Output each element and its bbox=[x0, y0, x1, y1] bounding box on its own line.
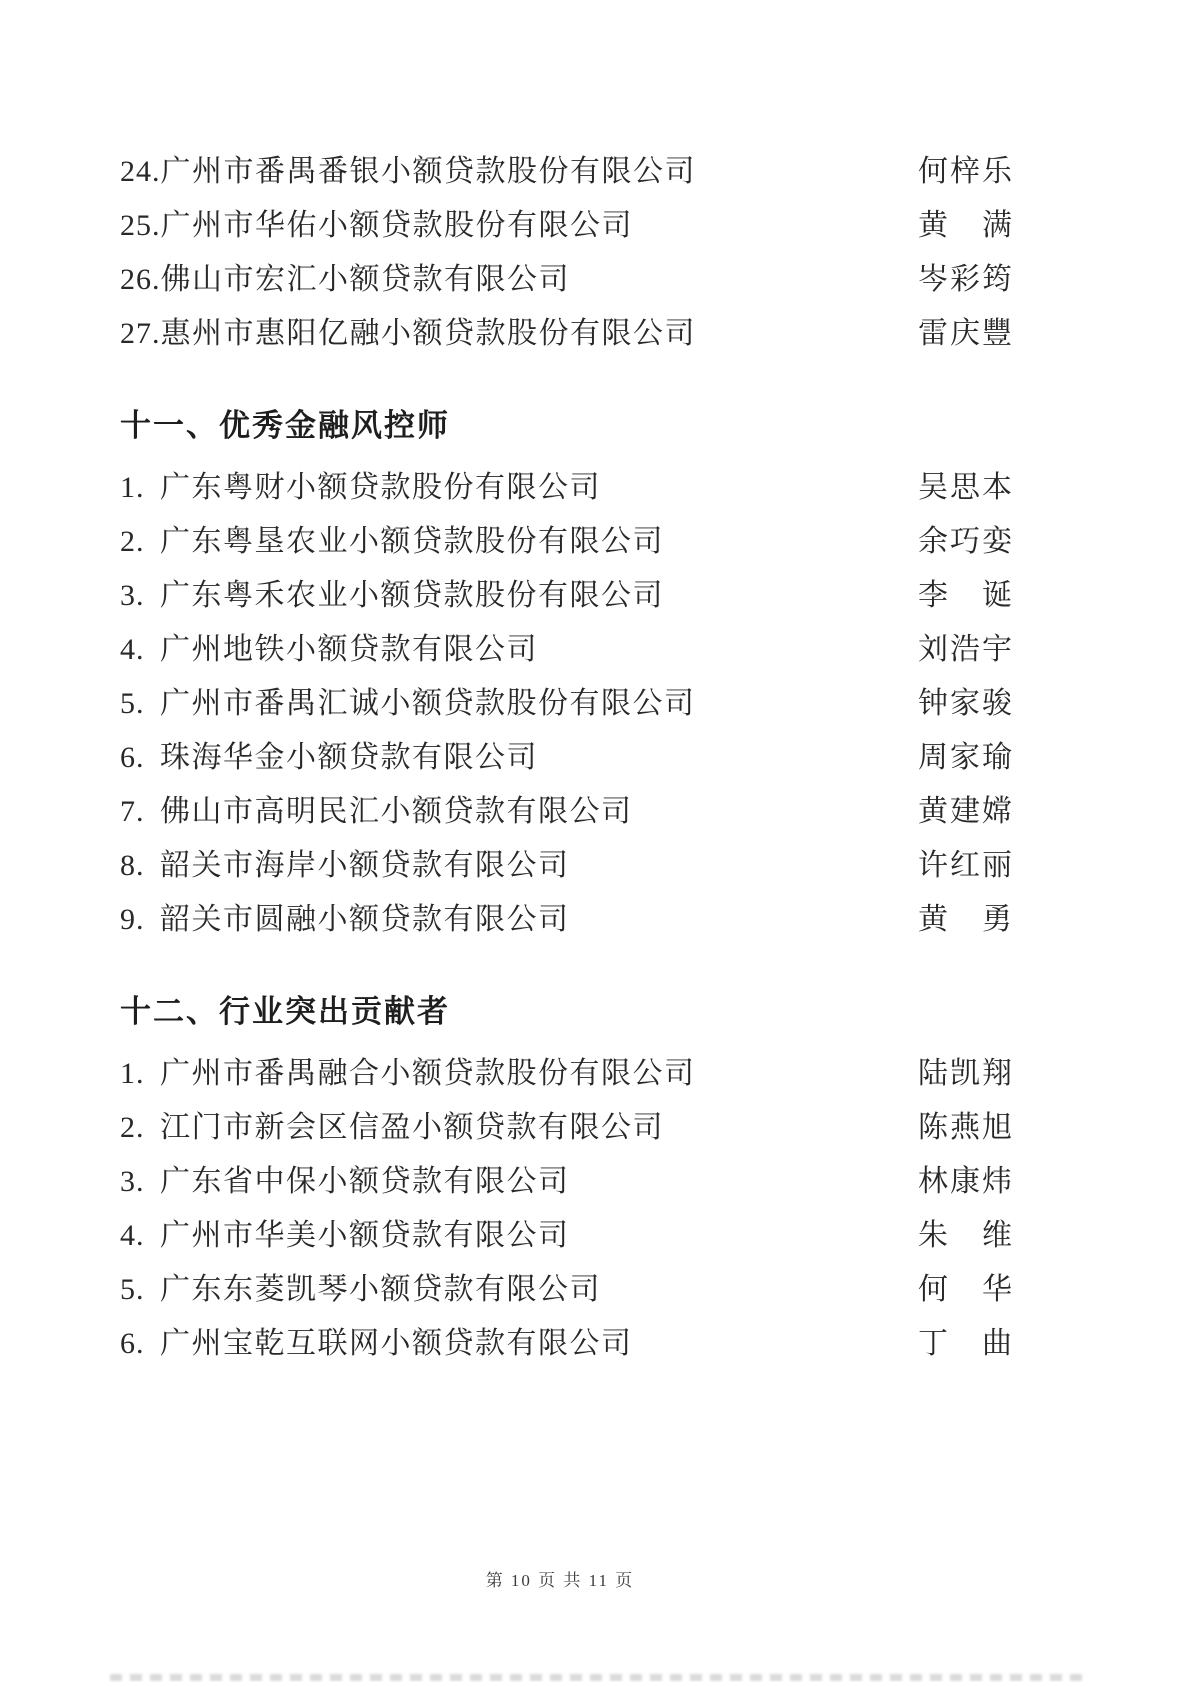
company-name: 广州市番禺融合小额贷款股份有限公司 bbox=[160, 1047, 918, 1101]
list-item: 6.珠海华金小额贷款有限公司周家瑜 bbox=[0, 731, 1190, 785]
company-name: 韶关市海岸小额贷款有限公司 bbox=[160, 839, 918, 893]
list-item: 4.广州地铁小额贷款有限公司刘浩宇 bbox=[0, 623, 1190, 677]
list-item: 6.广州宝乾互联网小额贷款有限公司丁 曲 bbox=[0, 1317, 1190, 1371]
item-number: 3. bbox=[120, 1155, 160, 1209]
company-name: 广州市华美小额贷款有限公司 bbox=[160, 1209, 918, 1263]
person-name: 钟家骏 bbox=[918, 677, 1020, 731]
company-name: 惠州市惠阳亿融小额贷款股份有限公司 bbox=[161, 307, 919, 361]
company-name: 广州地铁小额贷款有限公司 bbox=[160, 623, 918, 677]
list-item: 25.广州市华佑小额贷款股份有限公司黄 满 bbox=[0, 199, 1190, 253]
person-name: 陆凯翔 bbox=[918, 1047, 1020, 1101]
list-item: 3.广东省中保小额贷款有限公司林康炜 bbox=[0, 1155, 1190, 1209]
person-name: 黄建嫦 bbox=[918, 785, 1020, 839]
company-name: 广州市华佑小额贷款股份有限公司 bbox=[161, 199, 919, 253]
company-name: 广州宝乾互联网小额贷款有限公司 bbox=[160, 1317, 918, 1371]
item-number: 3. bbox=[120, 569, 160, 623]
section-heading: 十二、行业突出贡献者 bbox=[0, 985, 1190, 1039]
list-item: 7.佛山市高明民汇小额贷款有限公司黄建嫦 bbox=[0, 785, 1190, 839]
company-name: 广东粤财小额贷款股份有限公司 bbox=[160, 461, 918, 515]
item-number: 5. bbox=[120, 1263, 160, 1317]
item-number: 24. bbox=[120, 145, 161, 199]
document-page: 24.广州市番禺番银小额贷款股份有限公司何梓乐25.广州市华佑小额贷款股份有限公… bbox=[0, 0, 1190, 1682]
list-item: 8.韶关市海岸小额贷款有限公司许红丽 bbox=[0, 839, 1190, 893]
person-name: 黄 满 bbox=[918, 199, 1020, 253]
person-name: 刘浩宇 bbox=[918, 623, 1020, 677]
company-name: 广东东菱凯琴小额贷款有限公司 bbox=[160, 1263, 918, 1317]
person-name: 余巧娈 bbox=[918, 515, 1020, 569]
person-name: 雷庆豐 bbox=[918, 307, 1020, 361]
item-number: 1. bbox=[120, 1047, 160, 1101]
list-item: 9.韶关市圆融小额贷款有限公司黄 勇 bbox=[0, 893, 1190, 947]
person-name: 许红丽 bbox=[918, 839, 1020, 893]
item-number: 2. bbox=[120, 515, 160, 569]
list-item: 2.广东粤垦农业小额贷款股份有限公司余巧娈 bbox=[0, 515, 1190, 569]
company-name: 佛山市宏汇小额贷款有限公司 bbox=[161, 253, 919, 307]
item-number: 25. bbox=[120, 199, 161, 253]
person-name: 周家瑜 bbox=[918, 731, 1020, 785]
person-name: 林康炜 bbox=[918, 1155, 1020, 1209]
list-item: 26.佛山市宏汇小额贷款有限公司岑彩筠 bbox=[0, 253, 1190, 307]
company-name: 广州市番禺番银小额贷款股份有限公司 bbox=[161, 145, 919, 199]
page-bleed-through bbox=[110, 1674, 1085, 1681]
person-name: 李 诞 bbox=[918, 569, 1020, 623]
item-number: 8. bbox=[120, 839, 160, 893]
company-name: 珠海华金小额贷款有限公司 bbox=[160, 731, 918, 785]
item-number: 6. bbox=[120, 731, 160, 785]
item-number: 27. bbox=[120, 307, 161, 361]
item-number: 4. bbox=[120, 623, 160, 677]
company-name: 佛山市高明民汇小额贷款有限公司 bbox=[160, 785, 918, 839]
item-number: 1. bbox=[120, 461, 160, 515]
person-name: 岑彩筠 bbox=[918, 253, 1020, 307]
item-number: 6. bbox=[120, 1317, 160, 1371]
award-list-content: 24.广州市番禺番银小额贷款股份有限公司何梓乐25.广州市华佑小额贷款股份有限公… bbox=[0, 145, 1190, 1371]
person-name: 朱 维 bbox=[918, 1209, 1020, 1263]
list-item: 27.惠州市惠阳亿融小额贷款股份有限公司雷庆豐 bbox=[0, 307, 1190, 361]
person-name: 何梓乐 bbox=[918, 145, 1020, 199]
item-number: 5. bbox=[120, 677, 160, 731]
person-name: 何 华 bbox=[918, 1263, 1020, 1317]
item-number: 2. bbox=[120, 1101, 160, 1155]
person-name: 丁 曲 bbox=[918, 1317, 1020, 1371]
list-item: 1.广州市番禺融合小额贷款股份有限公司陆凯翔 bbox=[0, 1047, 1190, 1101]
person-name: 吴思本 bbox=[918, 461, 1020, 515]
person-name: 黄 勇 bbox=[918, 893, 1020, 947]
company-name: 广东粤禾农业小额贷款股份有限公司 bbox=[160, 569, 918, 623]
page-number: 第 10 页 共 11 页 bbox=[0, 1566, 1120, 1591]
item-number: 9. bbox=[120, 893, 160, 947]
list-item: 2.江门市新会区信盈小额贷款有限公司陈燕旭 bbox=[0, 1101, 1190, 1155]
list-item: 3.广东粤禾农业小额贷款股份有限公司李 诞 bbox=[0, 569, 1190, 623]
list-item: 1.广东粤财小额贷款股份有限公司吴思本 bbox=[0, 461, 1190, 515]
company-name: 广东粤垦农业小额贷款股份有限公司 bbox=[160, 515, 918, 569]
list-item: 24.广州市番禺番银小额贷款股份有限公司何梓乐 bbox=[0, 145, 1190, 199]
list-item: 4.广州市华美小额贷款有限公司朱 维 bbox=[0, 1209, 1190, 1263]
item-number: 26. bbox=[120, 253, 161, 307]
company-name: 韶关市圆融小额贷款有限公司 bbox=[160, 893, 918, 947]
item-number: 7. bbox=[120, 785, 160, 839]
company-name: 广东省中保小额贷款有限公司 bbox=[160, 1155, 918, 1209]
list-item: 5.广州市番禺汇诚小额贷款股份有限公司钟家骏 bbox=[0, 677, 1190, 731]
company-name: 江门市新会区信盈小额贷款有限公司 bbox=[160, 1101, 918, 1155]
item-number: 4. bbox=[120, 1209, 160, 1263]
company-name: 广州市番禺汇诚小额贷款股份有限公司 bbox=[160, 677, 918, 731]
list-item: 5.广东东菱凯琴小额贷款有限公司何 华 bbox=[0, 1263, 1190, 1317]
section-heading: 十一、优秀金融风控师 bbox=[0, 399, 1190, 453]
person-name: 陈燕旭 bbox=[918, 1101, 1020, 1155]
